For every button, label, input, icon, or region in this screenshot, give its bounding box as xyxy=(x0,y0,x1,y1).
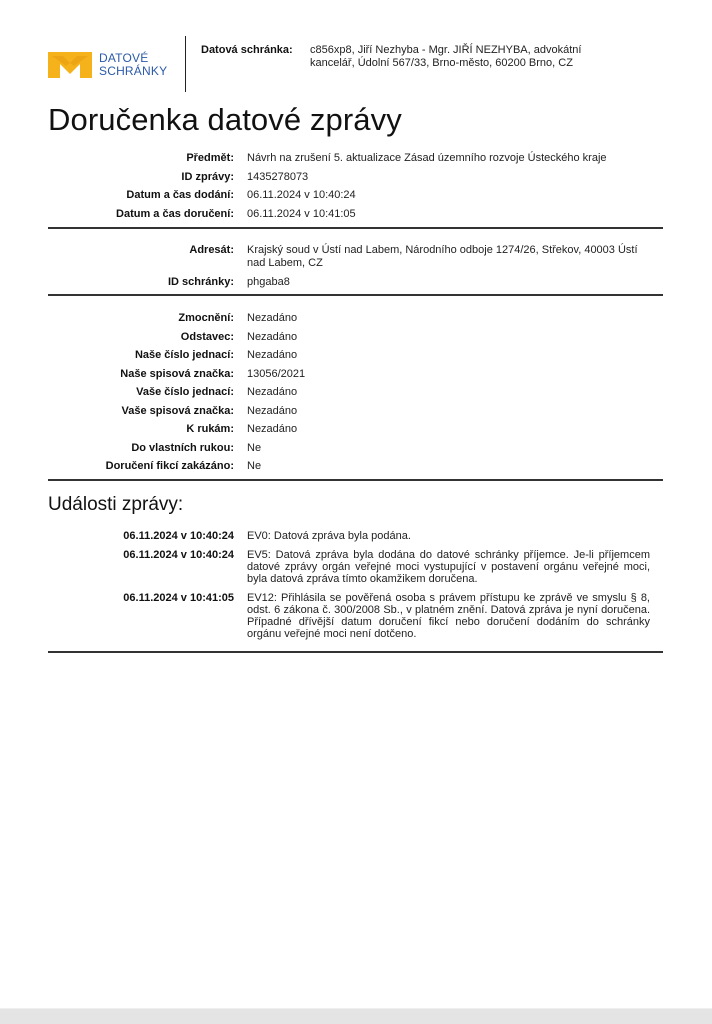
detail-value: Ne xyxy=(234,460,261,473)
info-row: Adresát:Krajský soud v Ústí nad Labem, N… xyxy=(48,244,662,270)
info-label: ID schránky: xyxy=(48,276,234,289)
detail-value: Nezadáno xyxy=(234,386,297,399)
message-info-section: Předmět:Návrh na zrušení 5. aktualizace … xyxy=(48,152,662,226)
events-list: 06.11.2024 v 10:40:24 EV0: Datová zpráva… xyxy=(48,530,663,647)
viewer-bottom-bar xyxy=(0,1008,712,1024)
header-divider xyxy=(185,36,186,92)
event-time: 06.11.2024 v 10:40:24 xyxy=(48,549,234,585)
detail-value: Nezadáno xyxy=(234,312,297,325)
section-divider xyxy=(48,479,663,481)
info-value: phgaba8 xyxy=(234,276,290,289)
info-label: Adresát: xyxy=(48,244,234,270)
info-row: ID schránky:phgaba8 xyxy=(48,276,662,289)
event-item: 06.11.2024 v 10:40:24 EV0: Datová zpráva… xyxy=(48,530,663,542)
logo-text: DATOVÉ SCHRÁNKY xyxy=(99,52,167,78)
detail-row: Vaše číslo jednací:Nezadáno xyxy=(48,386,662,399)
events-title: Události zprávy: xyxy=(48,494,183,516)
detail-row: Zmocnění:Nezadáno xyxy=(48,312,662,325)
info-value: 06.11.2024 v 10:40:24 xyxy=(234,189,356,202)
detail-label: Zmocnění: xyxy=(48,312,234,325)
datove-schranky-logo-icon xyxy=(48,52,92,78)
event-time: 06.11.2024 v 10:40:24 xyxy=(48,530,234,542)
info-row: Předmět:Návrh na zrušení 5. aktualizace … xyxy=(48,152,662,165)
detail-label: K rukám: xyxy=(48,423,234,436)
info-label: Datum a čas doručení: xyxy=(48,208,234,221)
detail-label: Do vlastních rukou: xyxy=(48,442,234,455)
detail-value: 13056/2021 xyxy=(234,368,305,381)
info-row: ID zprávy:1435278073 xyxy=(48,171,662,184)
detail-row: Doručení fikcí zakázáno:Ne xyxy=(48,460,662,473)
detail-label: Doručení fikcí zakázáno: xyxy=(48,460,234,473)
detail-label: Naše spisová značka: xyxy=(48,368,234,381)
detail-row: K rukám:Nezadáno xyxy=(48,423,662,436)
sender-value: c856xp8, Jiří Nezhyba - Mgr. JIŘÍ NEZHYB… xyxy=(310,44,610,70)
event-text: EV12: Přihlásila se pověřená osoba s prá… xyxy=(234,592,650,640)
recipient-section: Adresát:Krajský soud v Ústí nad Labem, N… xyxy=(48,244,662,294)
event-text: EV0: Datová zpráva byla podána. xyxy=(234,530,650,542)
detail-row: Do vlastních rukou:Ne xyxy=(48,442,662,455)
detail-label: Vaše spisová značka: xyxy=(48,405,234,418)
info-value: Návrh na zrušení 5. aktualizace Zásad úz… xyxy=(234,152,607,165)
info-value: Krajský soud v Ústí nad Labem, Národního… xyxy=(234,244,647,270)
event-item: 06.11.2024 v 10:41:05 EV12: Přihlásila s… xyxy=(48,592,663,640)
info-label: ID zprávy: xyxy=(48,171,234,184)
datove-schranky-logo: DATOVÉ SCHRÁNKY xyxy=(48,50,178,82)
event-item: 06.11.2024 v 10:40:24 EV5: Datová zpráva… xyxy=(48,549,663,585)
detail-value: Nezadáno xyxy=(234,405,297,418)
info-label: Datum a čas dodání: xyxy=(48,189,234,202)
event-time: 06.11.2024 v 10:41:05 xyxy=(48,592,234,640)
detail-row: Odstavec:Nezadáno xyxy=(48,331,662,344)
document-header: DATOVÉ SCHRÁNKY Datová schránka: c856xp8… xyxy=(48,36,668,92)
info-label: Předmět: xyxy=(48,152,234,165)
sender-label: Datová schránka: xyxy=(201,44,293,56)
info-value: 06.11.2024 v 10:41:05 xyxy=(234,208,356,221)
detail-row: Naše číslo jednací:Nezadáno xyxy=(48,349,662,362)
detail-value: Nezadáno xyxy=(234,331,297,344)
detail-value: Ne xyxy=(234,442,261,455)
detail-row: Vaše spisová značka:Nezadáno xyxy=(48,405,662,418)
page-title: Doručenka datové zprávy xyxy=(48,102,402,138)
info-value: 1435278073 xyxy=(234,171,308,184)
logo-line-2: SCHRÁNKY xyxy=(99,65,167,78)
detail-label: Naše číslo jednací: xyxy=(48,349,234,362)
detail-row: Naše spisová značka:13056/2021 xyxy=(48,368,662,381)
event-text: EV5: Datová zpráva byla dodána do datové… xyxy=(234,549,650,585)
section-divider xyxy=(48,227,663,229)
info-row: Datum a čas dodání:06.11.2024 v 10:40:24 xyxy=(48,189,662,202)
details-section: Zmocnění:Nezadáno Odstavec:Nezadáno Naše… xyxy=(48,312,662,479)
detail-value: Nezadáno xyxy=(234,349,297,362)
detail-value: Nezadáno xyxy=(234,423,297,436)
section-divider xyxy=(48,651,663,653)
info-row: Datum a čas doručení:06.11.2024 v 10:41:… xyxy=(48,208,662,221)
detail-label: Odstavec: xyxy=(48,331,234,344)
detail-label: Vaše číslo jednací: xyxy=(48,386,234,399)
section-divider xyxy=(48,294,663,296)
document-page: DATOVÉ SCHRÁNKY Datová schránka: c856xp8… xyxy=(0,0,712,1008)
